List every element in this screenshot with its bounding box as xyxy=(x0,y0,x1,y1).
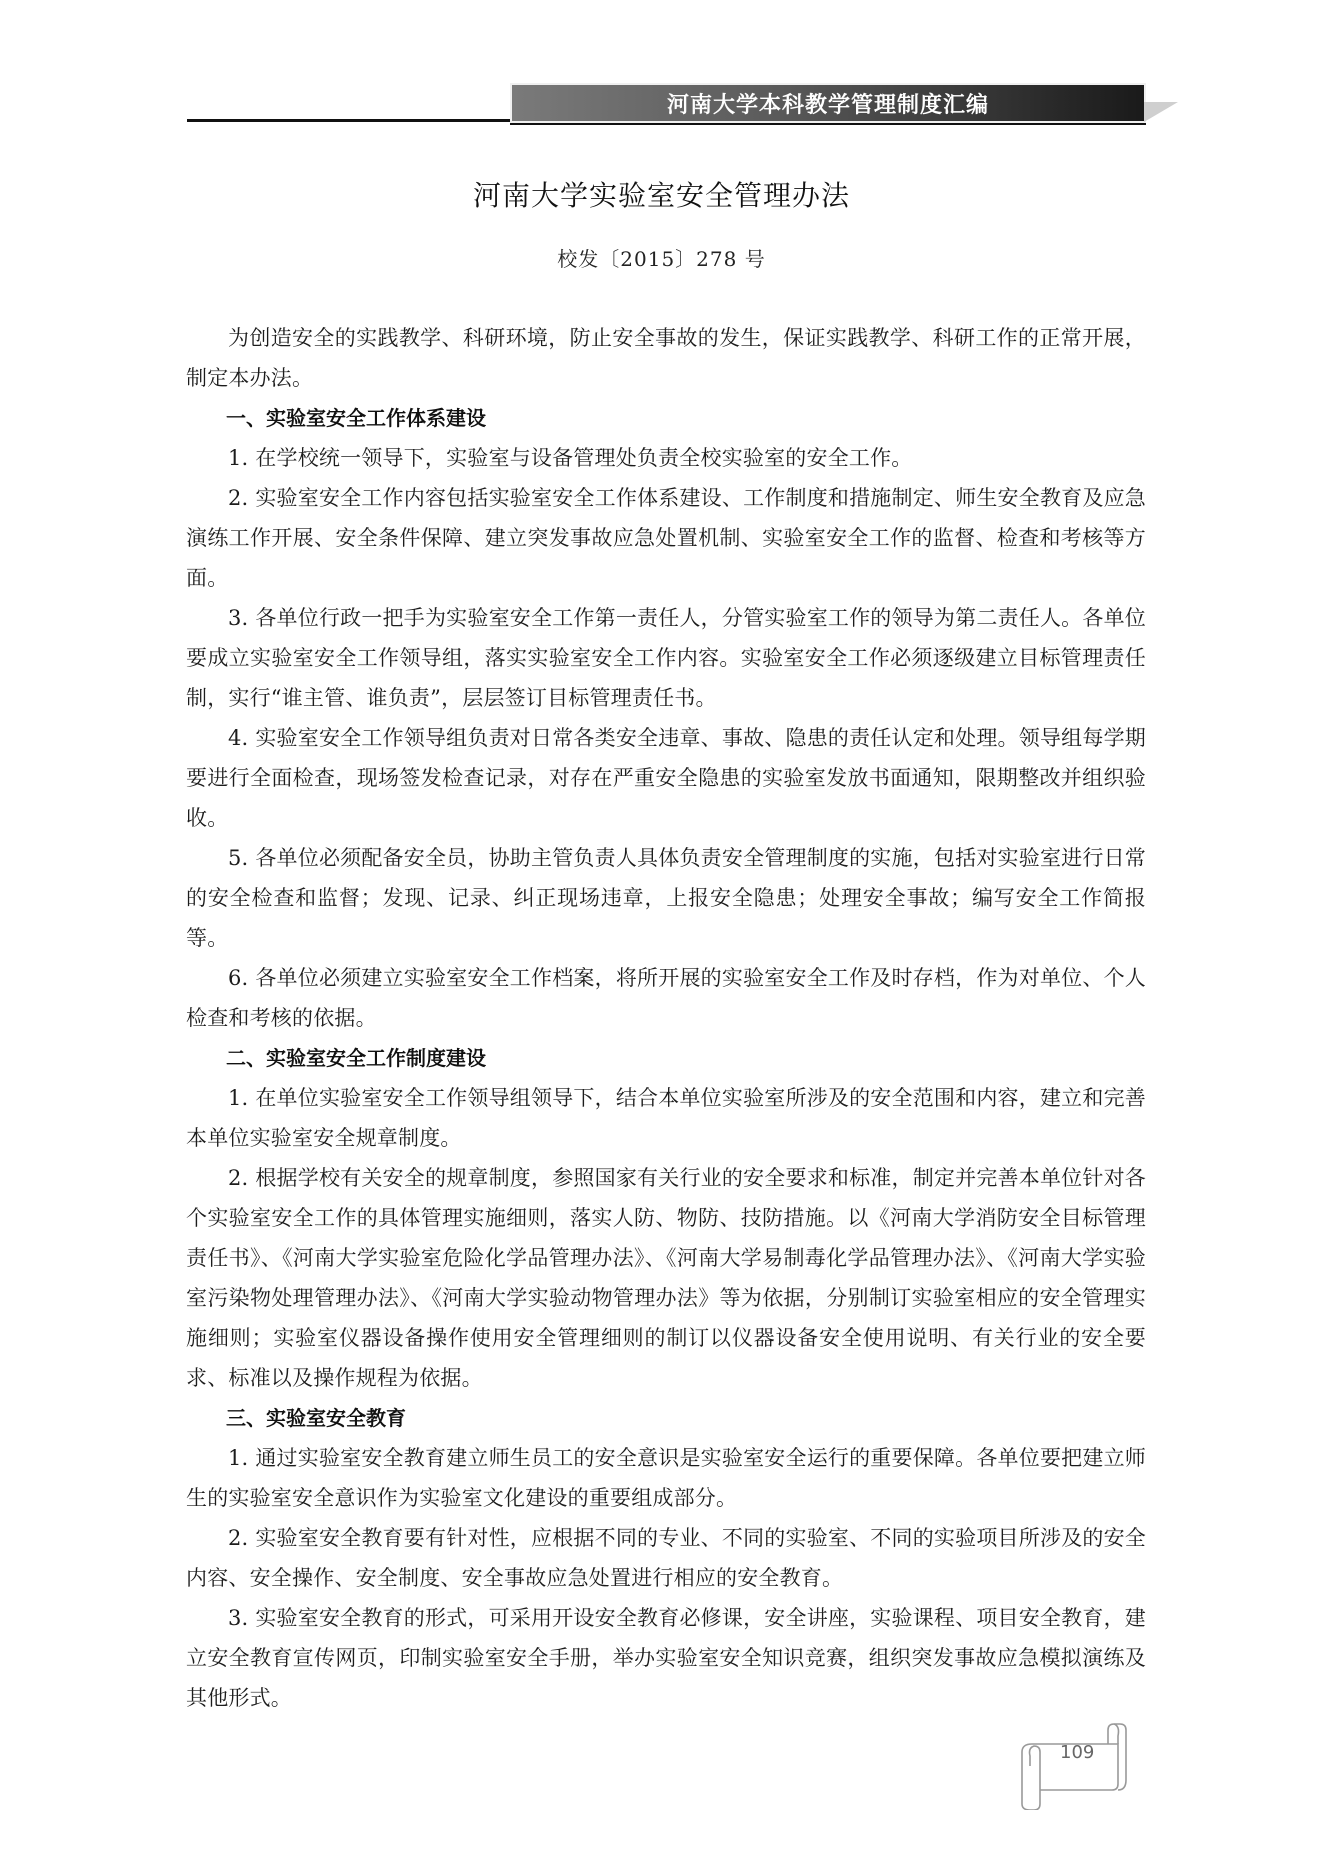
paragraph: 4. 实验室安全工作领导组负责对日常各类安全违章、事故、隐患的责任认定和处理。领… xyxy=(186,718,1146,838)
document-number: 校发〔2015〕278 号 xyxy=(0,243,1323,272)
header-rule xyxy=(187,119,510,122)
page-number: 109 xyxy=(1060,1742,1094,1763)
paragraph: 6. 各单位必须建立实验室安全工作档案，将所开展的实验室安全工作及时存档，作为对… xyxy=(186,958,1146,1038)
paragraph: 1. 通过实验室安全教育建立师生员工的安全意识是实验室安全运行的重要保障。各单位… xyxy=(186,1438,1146,1518)
paragraph: 2. 根据学校有关安全的规章制度，参照国家有关行业的安全要求和标准，制定并完善本… xyxy=(186,1158,1146,1398)
paragraph: 3. 各单位行政一把手为实验室安全工作第一责任人，分管实验室工作的领导为第二责任… xyxy=(186,598,1146,718)
paragraph: 3. 实验室安全教育的形式，可采用开设安全教育必修课，安全讲座，实验课程、项目安… xyxy=(186,1598,1146,1718)
document-body: 为创造安全的实践教学、科研环境，防止安全事故的发生，保证实践教学、科研工作的正常… xyxy=(186,318,1146,1718)
scroll-banner-icon xyxy=(1010,1720,1135,1810)
paragraph: 1. 在单位实验室安全工作领导组领导下，结合本单位实验室所涉及的安全范围和内容，… xyxy=(186,1078,1146,1158)
section-heading-2: 二、实验室安全工作制度建设 xyxy=(186,1038,1146,1078)
paragraph: 2. 实验室安全工作内容包括实验室安全工作体系建设、工作制度和措施制定、师生安全… xyxy=(186,478,1146,598)
page-number-scroll: 109 xyxy=(1010,1720,1135,1810)
header-band-shadow xyxy=(1144,102,1178,122)
section-heading-3: 三、实验室安全教育 xyxy=(186,1398,1146,1438)
running-header-title: 河南大学本科教学管理制度汇编 xyxy=(667,88,989,119)
intro-paragraph: 为创造安全的实践教学、科研环境，防止安全事故的发生，保证实践教学、科研工作的正常… xyxy=(186,318,1146,398)
document-title: 河南大学实验室安全管理办法 xyxy=(0,174,1323,214)
header-band: 河南大学本科教学管理制度汇编 xyxy=(510,83,1146,123)
section-heading-1: 一、实验室安全工作体系建设 xyxy=(186,398,1146,438)
paragraph: 2. 实验室安全教育要有针对性，应根据不同的专业、不同的实验室、不同的实验项目所… xyxy=(186,1518,1146,1598)
paragraph: 5. 各单位必须配备安全员，协助主管负责人具体负责安全管理制度的实施，包括对实验… xyxy=(186,838,1146,958)
paragraph: 1. 在学校统一领导下，实验室与设备管理处负责全校实验室的安全工作。 xyxy=(186,438,1146,478)
